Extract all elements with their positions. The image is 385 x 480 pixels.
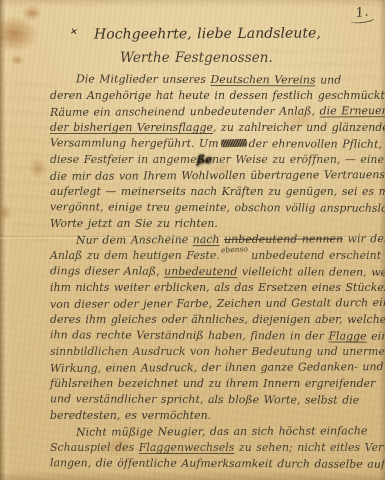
text-segment: ihm nichts weiter erblicken, als das Ers… (50, 281, 385, 294)
underlined-text: Flagge (328, 329, 366, 342)
text-segment: ner Weise zu eröffnen, — einer Pflicht, (212, 153, 385, 166)
underlined-text: Deutschen Vereins (210, 73, 315, 86)
manuscript-lines: Hochgeehrte, liebe Landsleute,Werthe Fes… (50, 22, 381, 472)
text-segment: , zu zahlreicher und glänzender (213, 121, 385, 134)
text-segment: sinnbildlichen Ausdruck von hoher Bedeut… (50, 345, 385, 358)
ink-blot-correction: ße (197, 153, 212, 166)
text-segment: ihn das rechte Verständniß haben, finden… (50, 328, 329, 342)
manuscript-line: Wirkung, einen Ausdruck, der ihnen ganze… (50, 359, 381, 377)
text-segment: Worte jetzt an Sie zu richten. (50, 217, 218, 230)
underlined-text: der bisherigen Vereinsflagge (50, 121, 213, 134)
text-segment: wir den (343, 232, 385, 245)
underlined-text: nach (193, 233, 220, 246)
manuscript-line: Schauspiel des Flaggenwechsels zu sehen;… (50, 440, 381, 456)
manuscript-line: vergönnt, einige treu gemeinte, obschon … (50, 199, 381, 216)
text-segment: Nur dem Anscheine (76, 233, 193, 247)
text-segment: vergönnt, einige treu gemeinte, obschon … (50, 200, 385, 215)
manuscript-line: sinnbildlichen Ausdruck von hoher Bedeut… (50, 344, 381, 360)
manuscript-line: auferlegt — meinerseits nach Kräften zu … (50, 184, 381, 200)
manuscript-line: und verständlicher spricht, als bloße Wo… (50, 391, 381, 408)
text-segment: langen, die öffentliche Aufmerksamkeit d… (50, 456, 385, 470)
manuscript-line: ihm nichts weiter erblicken, als das Ers… (50, 280, 381, 296)
manuscript-line: beredtesten, es vermöchten. (50, 408, 381, 424)
scribbled-out-word (221, 139, 247, 148)
underlined-text: Flaggenwechsels (139, 441, 235, 454)
manuscript-line: Worte jetzt an Sie zu richten. (50, 216, 381, 232)
underlined-text: unbedeutend (164, 265, 237, 278)
manuscript-line: die mir das von Ihrem Wohlwollen übertra… (50, 167, 381, 185)
text-segment: dings dieser Anlaß, (50, 264, 164, 277)
manuscript-line: Räume ein anscheinend unbedeutender Anla… (50, 103, 381, 121)
manuscript-line: Nicht müßige Neugier, das an sich höchst… (50, 423, 381, 441)
manuscript-page: { "document": { "page_number": "1.", "ma… (0, 0, 385, 480)
manuscript-line: von dieser oder jener Farbe, Zeichen und… (50, 295, 381, 313)
manuscript-line: Hochgeehrte, liebe Landsleute, (50, 21, 381, 47)
manuscript-line: langen, die öffentliche Aufmerksamkeit d… (50, 455, 381, 472)
text-segment: Wirkung, einen Ausdruck, der ihnen ganze… (50, 360, 385, 375)
text-segment: beredtesten, es vermöchten. (50, 409, 211, 422)
text-segment: Die Mitglieder unseres (76, 72, 211, 86)
manuscript-line: deren Angehörige hat heute in dessen fes… (50, 88, 381, 104)
manuscript-line: ihn das rechte Verständniß haben, finden… (50, 327, 381, 344)
text-segment: Versammlung hergeführt. Um (50, 136, 219, 150)
text-segment: von dieser oder jener Farbe, Zeichen und… (50, 296, 385, 311)
text-segment: und (316, 73, 342, 86)
inserted-word: ebenso (221, 241, 249, 258)
manuscript-line: der bisherigen Vereinsflagge, zu zahlrei… (50, 120, 381, 136)
text-segment: Hochgeehrte, liebe Landsleute, (94, 25, 321, 42)
text-segment: Anlaß zu dem heutigen Feste. (50, 249, 220, 262)
text-segment: fühlsreihen bezeichnet und zu ihrem Inne… (50, 377, 375, 390)
text-segment: Räume ein anscheinend unbedeutender Anla… (50, 104, 320, 118)
manuscript-line: dings dieser Anlaß, unbedeutend vielleic… (50, 263, 381, 280)
underlined-text: die Erneuerung (320, 104, 385, 117)
manuscript-line: fühlsreihen bezeichnet und zu ihrem Inne… (50, 376, 381, 392)
text-segment: Nicht müßige Neugier, das an sich höchst… (76, 424, 368, 439)
text-segment: auferlegt — meinerseits nach Kräften zu … (50, 185, 385, 198)
manuscript-line: Versammlung hergeführt. Umder ehrenvolle… (50, 135, 381, 152)
manuscript-line: Werthe Festgenossen. (50, 46, 381, 70)
text-segment: deren Angehörige hat heute in dessen fes… (50, 89, 385, 102)
manuscript-line: diese Festfeier in angemeßener Weise zu … (50, 152, 381, 168)
text-segment: deres ihm gleiches oder ähnliches, dieje… (50, 313, 385, 326)
manuscript-line: Anlaß zu dem heutigen Feste.ebenso unbed… (50, 248, 381, 264)
ink-show-through (0, 79, 56, 245)
manuscript-line: Nur dem Anscheine nach unbedeutend nenne… (50, 231, 381, 249)
text-segment: die mir das von Ihrem Wohlwollen übertra… (50, 168, 385, 183)
text-segment: Schauspiel des (50, 441, 139, 454)
text-segment: unbedeutend erscheint an sich aller- (247, 249, 385, 262)
manuscript-line: deres ihm gleiches oder ähnliches, dieje… (50, 312, 381, 328)
text-segment: vielleicht allen denen, welche in (237, 265, 385, 279)
text-segment: Werthe Festgenossen. (120, 50, 273, 66)
manuscript-line: Die Mitglieder unseres Deutschen Vereins… (50, 71, 381, 88)
text-segment: zu sehen; nicht eitles Ver- (234, 441, 385, 454)
text-segment: diese Festfeier in angeme (50, 153, 197, 166)
text-segment: der ehrenvollen Pflicht, (249, 137, 382, 151)
text-segment: einen (367, 330, 385, 343)
text-segment: und verständlicher spricht, als bloße Wo… (50, 392, 359, 406)
